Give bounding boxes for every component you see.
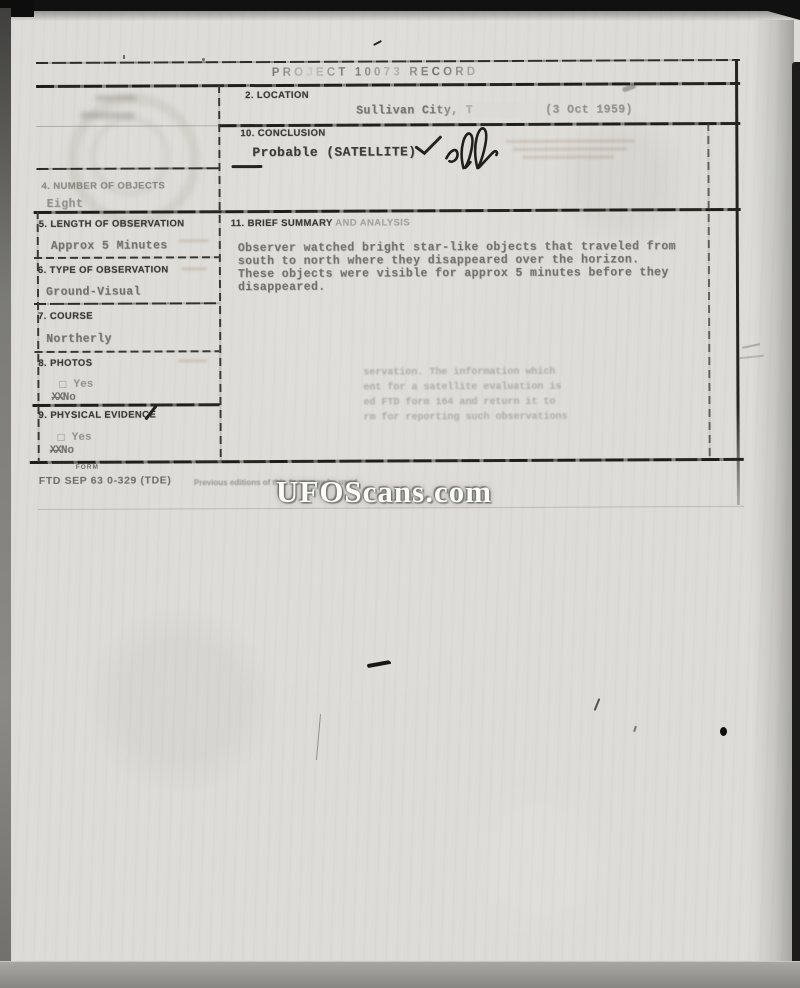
photos-no-option: XXNo — [51, 392, 75, 404]
ghost-bleed-fragment — [179, 239, 209, 242]
ghost-line: ent for a satellite evaluation is — [363, 379, 673, 395]
footer-form-number: FTD SEP 63 0-329 (TDE) — [39, 474, 172, 487]
rule-above-number-of-objects — [36, 167, 218, 170]
rule-mid-heavy — [34, 208, 741, 214]
ink-dot — [720, 727, 727, 736]
bleed-through-text: servation. The information which ent for… — [363, 364, 673, 425]
speck — [123, 55, 125, 59]
summary-line: disappeared. — [238, 279, 718, 294]
ghost-letterhead-line — [522, 155, 614, 158]
physical-evidence-label: 9. PHYSICAL EVIDENCE — [39, 409, 157, 421]
right-outer-border — [735, 59, 740, 505]
course-value: Northerly — [46, 333, 112, 346]
photos-label: 8. PHOTOS — [38, 358, 92, 369]
physical-evidence-no-option: XXNo — [50, 445, 74, 457]
ghost-letterhead-line — [512, 147, 627, 151]
summary-text: Observer watched bright star-like object… — [238, 240, 718, 294]
table-border-bottom — [30, 458, 744, 464]
column-divider — [218, 85, 222, 461]
ghost-line: rm for reporting such observations — [364, 409, 674, 425]
title-fade-overlay — [255, 64, 505, 81]
speck — [202, 58, 205, 61]
ghost-letterhead-line — [505, 139, 635, 143]
checkbox-icon: □ — [58, 380, 67, 390]
summary-label: 11. BRIEF SUMMARY AND ANALYSIS — [231, 217, 410, 229]
rule-left-2 — [34, 302, 219, 305]
ghost-bleed-fragment — [181, 267, 207, 270]
scanned-document-page: PROJECT 10073 RECORD 2. LOCATION Sulliva… — [0, 0, 800, 988]
conclusion-underline — [231, 165, 262, 168]
type-of-observation-label: 6. TYPE OF OBSERVATION — [38, 264, 169, 276]
rule-left-3 — [34, 350, 219, 353]
conclusion-value: Probable (SATELLITE) — [252, 144, 416, 160]
physical-evidence-yes-option: □ Yes — [57, 432, 92, 444]
location-label: 2. LOCATION — [245, 90, 309, 101]
footer-form-word: FORM — [76, 464, 99, 471]
photos-yes-text: Yes — [74, 379, 94, 391]
left-outer-border — [37, 211, 40, 462]
type-of-observation-value: Ground-Visual — [46, 286, 141, 299]
x-mark-icon: XX — [50, 445, 61, 457]
photos-no-text: No — [63, 392, 76, 404]
handwritten-checkmark — [413, 134, 443, 158]
signature-scribble — [443, 122, 521, 172]
conclusion-label: 10. CONCLUSION — [240, 128, 325, 139]
rule-below-date — [36, 125, 218, 127]
length-of-observation-value: Approx 5 Minutes — [51, 239, 168, 253]
length-of-observation-label: 5. LENGTH OF OBSERVATION — [39, 218, 185, 230]
checkbox-icon: □ — [57, 433, 66, 443]
location-fade-overlay — [430, 102, 550, 119]
location-date: (3 Oct 1959) — [545, 103, 633, 116]
physical-evidence-yes-text: Yes — [72, 432, 92, 444]
ghost-bleed-fragment — [177, 359, 207, 362]
summary-label-faded: AND ANALYSIS — [335, 217, 410, 228]
ghost-line: servation. The information which — [363, 364, 673, 380]
photos-yes-option: □ Yes — [58, 379, 93, 391]
site-watermark: UFOScans.com — [276, 474, 492, 510]
summary-label-main: 11. BRIEF SUMMARY — [231, 218, 333, 229]
number-of-objects-label: 4. NUMBER OF OBJECTS — [42, 180, 166, 192]
physical-evidence-no-text: No — [61, 445, 74, 457]
rule-left-1 — [34, 256, 219, 259]
course-label: 7. COURSE — [38, 311, 93, 322]
table-border-top — [36, 59, 740, 64]
number-of-objects-value: Eight — [47, 198, 84, 211]
x-mark-icon: XX — [51, 392, 62, 404]
ghost-line: ed FTD form 164 and return it to — [363, 394, 673, 410]
